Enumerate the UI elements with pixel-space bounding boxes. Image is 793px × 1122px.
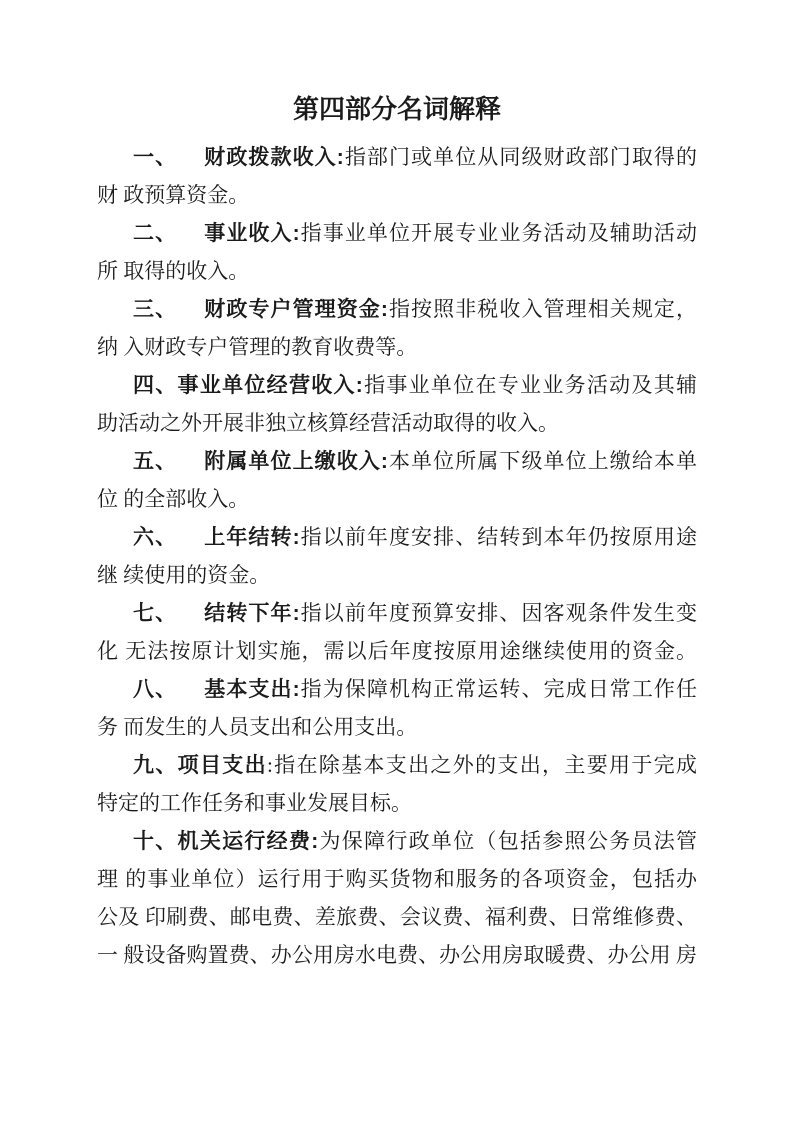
text-line: 六、上年结转:指以前年度安排、结转到本年仍按原用途 <box>97 518 697 556</box>
term-text: 财政专户管理资金: <box>203 298 388 321</box>
text-line: 二、事业收入:指事业单位开展专业业务活动及辅助活动 <box>97 214 697 252</box>
page-title: 第四部分名词解释 <box>97 90 697 128</box>
term-text: 基本支出: <box>203 678 299 701</box>
term-text: 六、 <box>133 526 177 549</box>
term-text: 五、 <box>133 450 177 473</box>
term-text: 上年结转: <box>203 526 299 549</box>
document-content: 第四部分名词解释 一、财政拨款收入:指部门或单位从同级财政部门取得的财 政预算资… <box>97 90 697 974</box>
body-text: 务 而发生的人员支出和公用支出。 <box>97 715 417 739</box>
text-line: 继 续使用的资金。 <box>97 556 697 594</box>
term-text: 九、项目支出 <box>133 754 267 777</box>
text-line: 务 而发生的人员支出和公用支出。 <box>97 708 697 746</box>
paragraph: 三、财政专户管理资金:指按照非税收入管理相关规定，纳 入财政专户管理的教育收费等… <box>97 290 697 366</box>
term-text: 一、 <box>133 146 177 169</box>
body-text: 继 续使用的资金。 <box>97 563 270 587</box>
body-text: 指事业单位开展专业业务活动及辅助活动 <box>300 221 697 245</box>
body-text: 指事业单位在专业业务活动及其辅 <box>363 373 697 397</box>
document-page: 第四部分名词解释 一、财政拨款收入:指部门或单位从同级财政部门取得的财 政预算资… <box>0 0 793 1122</box>
paragraph: 一、财政拨款收入:指部门或单位从同级财政部门取得的财 政预算资金。 <box>97 138 697 214</box>
document-body: 一、财政拨款收入:指部门或单位从同级财政部门取得的财 政预算资金。二、事业收入:… <box>97 138 697 974</box>
text-line: 三、财政专户管理资金:指按照非税收入管理相关规定， <box>97 290 697 328</box>
paragraph: 十、机关运行经费:为保障行政单位（包括参照公务员法管理 的事业单位）运行用于购买… <box>97 822 697 974</box>
text-line: 理 的事业单位）运行用于购买货物和服务的各项资金，包括办 <box>97 860 697 898</box>
body-text: 特定的工作任务和事业发展目标。 <box>97 791 412 815</box>
text-line: 纳 入财政专户管理的教育收费等。 <box>97 328 697 366</box>
text-line: 一、财政拨款收入:指部门或单位从同级财政部门取得的 <box>97 138 697 176</box>
body-text: 所 取得的收入。 <box>97 259 249 283</box>
body-text: 纳 入财政专户管理的教育收费等。 <box>97 335 417 359</box>
body-text: 为保障行政单位（包括参照公务员法管 <box>318 829 697 853</box>
text-line: 八、基本支出:指为保障机构正常运转、完成日常工作任 <box>97 670 697 708</box>
paragraph: 七、结转下年:指以前年度预算安排、因客观条件发生变化 无法按原计划实施，需以后年… <box>97 594 697 670</box>
text-line: 一 般设备购置费、办公用房水电费、办公用房取暖费、办公用 房 <box>97 936 697 974</box>
term-text: 四、事业单位经营收入: <box>133 374 363 397</box>
body-text: 指为保障机构正常运转、完成日常工作任 <box>300 677 697 701</box>
term-text: 事业收入: <box>203 222 299 245</box>
text-line: 九、项目支出:指在除基本支出之外的支出，主要用于完成 <box>97 746 697 784</box>
text-line: 位 的全部收入。 <box>97 480 697 518</box>
paragraph: 四、事业单位经营收入:指事业单位在专业业务活动及其辅助活动之外开展非独立核算经营… <box>97 366 697 442</box>
body-text: 指以前年度安排、结转到本年仍按原用途 <box>300 525 697 549</box>
paragraph: 六、上年结转:指以前年度安排、结转到本年仍按原用途继 续使用的资金。 <box>97 518 697 594</box>
paragraph: 八、基本支出:指为保障机构正常运转、完成日常工作任务 而发生的人员支出和公用支出… <box>97 670 697 746</box>
text-line: 所 取得的收入。 <box>97 252 697 290</box>
body-text: 化 无法按原计划实施，需以后年度按原用途继续使用的资金。 <box>97 639 697 663</box>
body-text: 一 般设备购置费、办公用房水电费、办公用房取暖费、办公用 房 <box>97 943 697 967</box>
text-line: 四、事业单位经营收入:指事业单位在专业业务活动及其辅 <box>97 366 697 404</box>
text-line: 财 政预算资金。 <box>97 176 697 214</box>
term-text: 七、 <box>133 602 177 625</box>
body-text: 助活动之外开展非独立核算经营活动取得的收入。 <box>97 411 559 435</box>
body-text: 指部门或单位从同级财政部门取得的 <box>344 145 697 169</box>
body-text: 本单位所属下级单位上缴给本单 <box>388 449 697 473</box>
body-text: 理 的事业单位）运行用于购买货物和服务的各项资金，包括办 <box>97 867 697 891</box>
text-line: 化 无法按原计划实施，需以后年度按原用途继续使用的资金。 <box>97 632 697 670</box>
term-text: 结转下年: <box>203 602 299 625</box>
term-text: 二、 <box>133 222 177 245</box>
term-text: 附属单位上缴收入: <box>203 450 388 473</box>
term-text: 财政拨款收入: <box>203 146 344 169</box>
text-line: 五、附属单位上缴收入:本单位所属下级单位上缴给本单 <box>97 442 697 480</box>
paragraph: 二、事业收入:指事业单位开展专业业务活动及辅助活动所 取得的收入。 <box>97 214 697 290</box>
paragraph: 九、项目支出:指在除基本支出之外的支出，主要用于完成特定的工作任务和事业发展目标… <box>97 746 697 822</box>
term-text: 三、 <box>133 298 177 321</box>
text-line: 助活动之外开展非独立核算经营活动取得的收入。 <box>97 404 697 442</box>
body-text: 指以前年度预算安排、因客观条件发生变 <box>300 601 697 625</box>
text-line: 公及 印刷费、邮电费、差旅费、会议费、福利费、日常维修费、 <box>97 898 697 936</box>
text-line: 十、机关运行经费:为保障行政单位（包括参照公务员法管 <box>97 822 697 860</box>
text-line: 特定的工作任务和事业发展目标。 <box>97 784 697 822</box>
term-text: 八、 <box>133 678 177 701</box>
body-text: :指在除基本支出之外的支出，主要用于完成 <box>267 753 697 777</box>
term-text: 十、机关运行经费: <box>133 830 318 853</box>
body-text: 财 政预算资金。 <box>97 183 249 207</box>
body-text: 位 的全部收入。 <box>97 487 249 511</box>
body-text: 指按照非税收入管理相关规定， <box>388 297 697 321</box>
body-text: 公及 印刷费、邮电费、差旅费、会议费、福利费、日常维修费、 <box>97 905 697 929</box>
paragraph: 五、附属单位上缴收入:本单位所属下级单位上缴给本单位 的全部收入。 <box>97 442 697 518</box>
text-line: 七、结转下年:指以前年度预算安排、因客观条件发生变 <box>97 594 697 632</box>
